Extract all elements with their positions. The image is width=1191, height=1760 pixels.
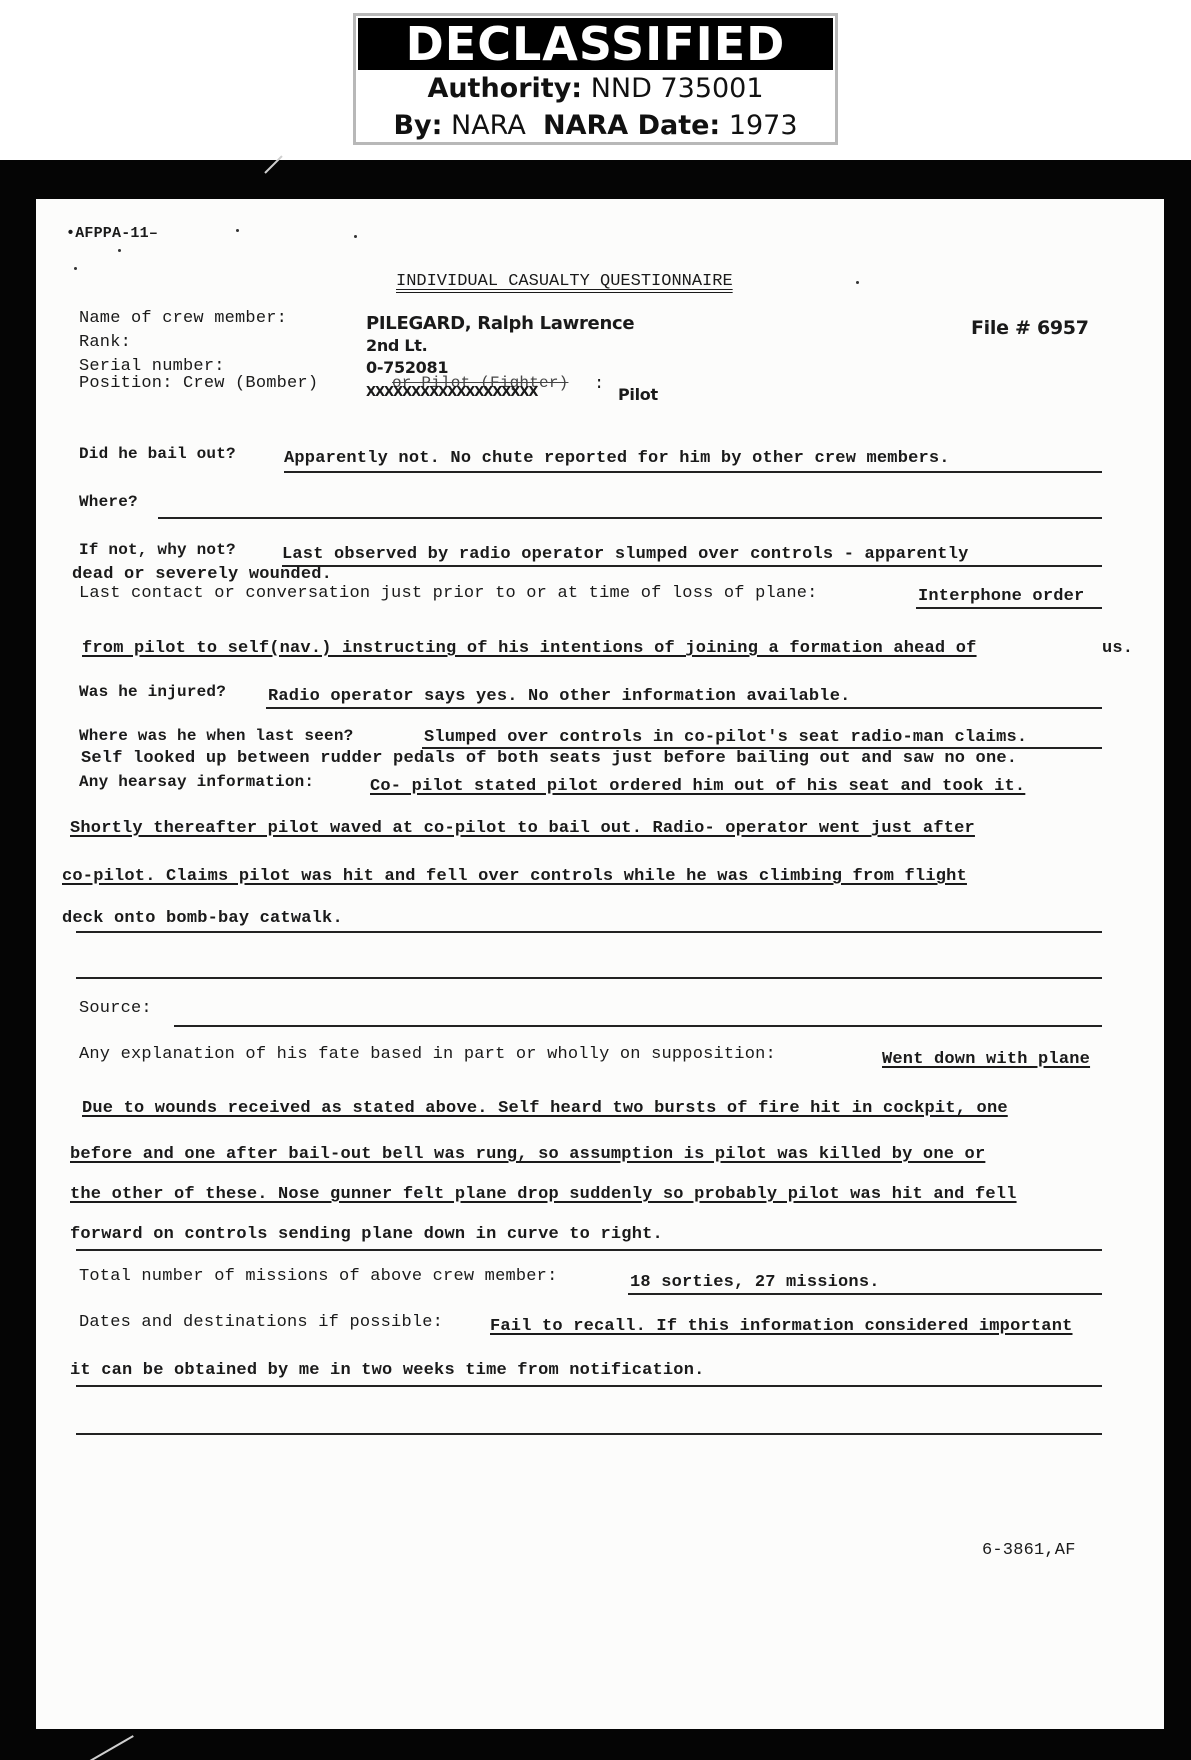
speck — [856, 281, 859, 284]
name-value: PILEGARD, Ralph Lawrence — [366, 313, 634, 334]
hearsay-answer-line1: Co- pilot stated pilot ordered him out o… — [370, 777, 1025, 796]
explanation-answer-line3: before and one after bail-out bell was r… — [70, 1145, 985, 1164]
last-seen-label: Where was he when last seen? — [79, 727, 353, 745]
speck — [236, 229, 239, 232]
hearsay-label: Any hearsay information: — [79, 773, 314, 791]
explanation-answer-line2: Due to wounds received as stated above. … — [82, 1099, 1008, 1118]
hearsay-line4 — [76, 931, 1102, 933]
source-label: Source: — [79, 999, 152, 1018]
bail-out-answer: Apparently not. No chute reported for hi… — [284, 449, 950, 468]
position-colon: : — [594, 375, 604, 394]
why-not-line — [282, 565, 1102, 567]
name-label: Name of crew member: — [79, 309, 287, 328]
dates-answer-line2: it can be obtained by me in two weeks ti… — [70, 1361, 705, 1380]
declassified-stamp: DECLASSIFIED Authority: NND 735001 By: N… — [353, 13, 838, 145]
dates-line2 — [76, 1385, 1102, 1387]
last-contact-line1 — [916, 607, 1102, 609]
explanation-answer-line1: Went down with plane — [882, 1050, 1090, 1069]
missions-answer: 18 sorties, 27 missions. — [630, 1273, 880, 1292]
position-strike-marks: XXXXXXXXXXXXXXXXXXX — [366, 385, 537, 400]
stamp-by-date: By: NARA NARA Date: 1973 — [356, 107, 835, 144]
form-code: •AFPPA-11– — [66, 225, 158, 242]
explanation-answer-line4: the other of these. Nose gunner felt pla… — [70, 1185, 1017, 1204]
bail-out-line — [284, 471, 1102, 473]
injured-answer: Radio operator says yes. No other inform… — [268, 687, 851, 706]
explanation-answer-line5: forward on controls sending plane down i… — [70, 1225, 663, 1244]
stamp-authority: Authority: NND 735001 — [356, 70, 835, 107]
last-contact-answer-line1: Interphone order — [918, 587, 1084, 606]
speck — [74, 267, 77, 270]
why-not-label: If not, why not? — [79, 541, 236, 559]
hearsay-answer-line3: co-pilot. Claims pilot was hit and fell … — [62, 867, 967, 886]
last-contact-answer-tail: us. — [1102, 639, 1133, 658]
position-value: Pilot — [618, 385, 658, 404]
dates-answer-line1: Fail to recall. If this information cons… — [490, 1317, 1073, 1336]
injured-line — [266, 707, 1102, 709]
rank-value: 2nd Lt. — [366, 336, 427, 355]
dates-blank-line — [76, 1433, 1102, 1435]
scan-scratch — [264, 155, 282, 173]
stamp-title: DECLASSIFIED — [358, 18, 833, 70]
hearsay-answer-line2: Shortly thereafter pilot waved at co-pil… — [70, 819, 975, 838]
hearsay-answer-line4: deck onto bomb-bay catwalk. — [62, 909, 343, 928]
scan-scratch — [90, 1735, 134, 1760]
explanation-label: Any explanation of his fate based in par… — [79, 1045, 776, 1064]
missions-label: Total number of missions of above crew m… — [79, 1267, 557, 1286]
scanned-page-border: •AFPPA-11– INDIVIDUAL CASUALTY QUESTIONN… — [0, 160, 1191, 1760]
last-seen-answer-line2: Self looked up between rudder pedals of … — [81, 749, 1017, 768]
form-footer-code: 6-3861,AF — [982, 1541, 1076, 1560]
file-number: File # 6957 — [971, 317, 1089, 339]
where-label: Where? — [79, 493, 138, 511]
speck — [354, 235, 357, 238]
last-contact-answer-line2: from pilot to self(nav.) instructing of … — [82, 639, 977, 658]
hearsay-blank-line — [76, 977, 1102, 979]
where-line — [158, 517, 1102, 519]
questionnaire-page: •AFPPA-11– INDIVIDUAL CASUALTY QUESTIONN… — [36, 199, 1164, 1729]
explanation-line5 — [76, 1249, 1102, 1251]
injured-label: Was he injured? — [79, 683, 226, 701]
rank-label: Rank: — [79, 333, 131, 352]
dates-label: Dates and destinations if possible: — [79, 1313, 443, 1332]
last-contact-label: Last contact or conversation just prior … — [79, 584, 818, 603]
speck — [118, 249, 121, 252]
why-not-answer-line2: dead or severely wounded. — [72, 565, 332, 584]
last-seen-answer-line1: Slumped over controls in co-pilot's seat… — [424, 728, 1027, 747]
form-title: INDIVIDUAL CASUALTY QUESTIONNAIRE — [396, 272, 733, 291]
position-label: Position: Crew (Bomber) — [79, 374, 318, 393]
missions-line — [628, 1293, 1102, 1295]
bail-out-label: Did he bail out? — [79, 445, 236, 463]
source-line — [174, 1025, 1102, 1027]
why-not-answer-line1: Last observed by radio operator slumped … — [282, 545, 969, 564]
